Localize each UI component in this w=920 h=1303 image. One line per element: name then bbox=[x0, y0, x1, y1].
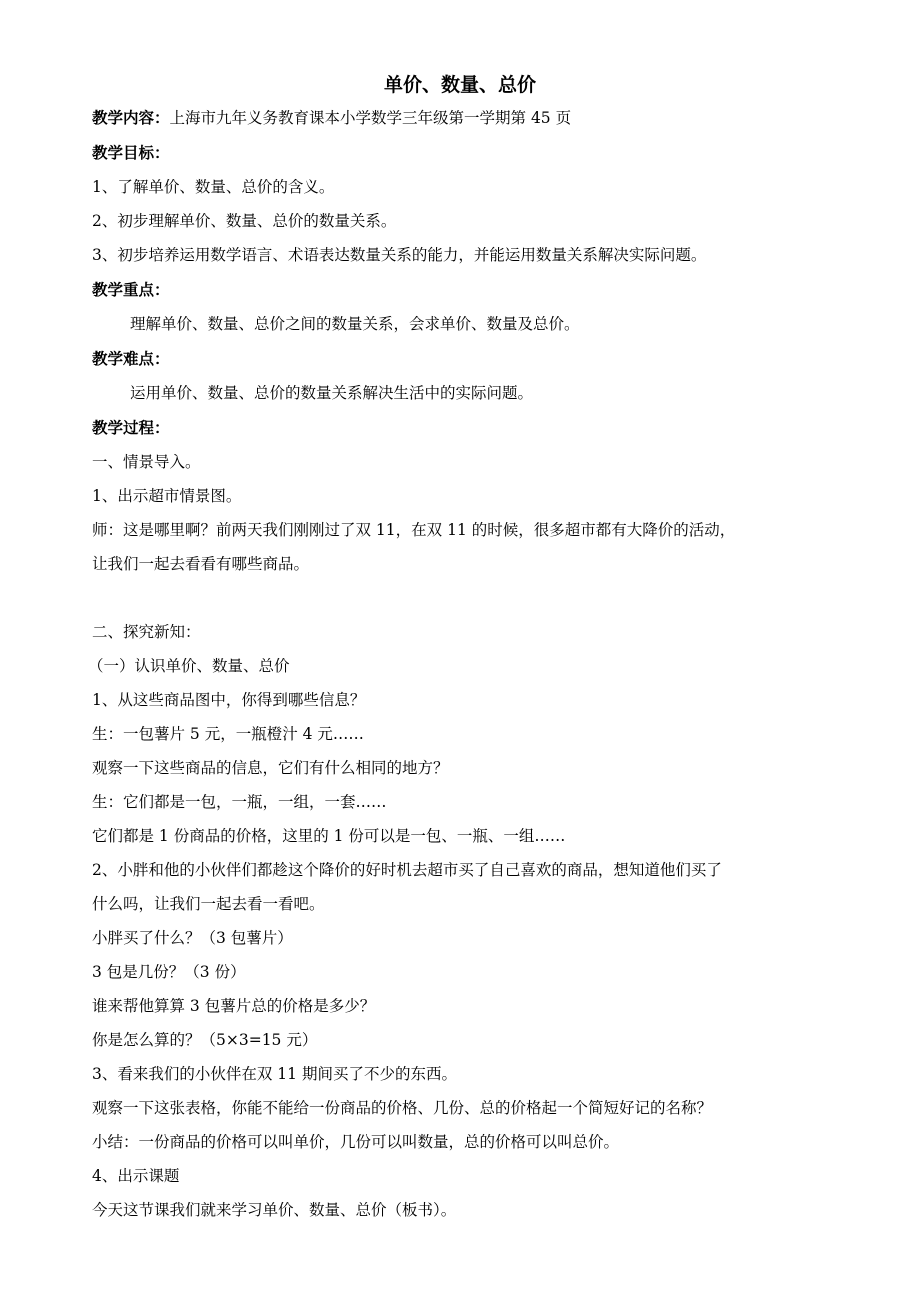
section1-line: 1、出示超市情景图。 bbox=[92, 486, 241, 506]
difficulty-text: 运用单价、数量、总价的数量关系解决生活中的实际问题。 bbox=[130, 383, 533, 403]
teaching-content: 教学内容：上海市九年义务教育课本小学数学三年级第一学期第 45 页 bbox=[92, 108, 571, 128]
section2-line: 1、从这些商品图中，你得到哪些信息？ bbox=[92, 690, 365, 710]
section1-line: 让我们一起去看看有哪些商品。 bbox=[92, 554, 309, 574]
section2-line: 它们都是 1 份商品的价格，这里的 1 份可以是一包、一瓶、一组…… bbox=[92, 826, 565, 846]
section2-line: 小结：一份商品的价格可以叫单价，几份可以叫数量，总的价格可以叫总价。 bbox=[92, 1132, 619, 1152]
section1-line: 师：这是哪里啊？前两天我们刚刚过了双 11，在双 11 的时候，很多超市都有大降… bbox=[92, 520, 735, 540]
process-heading: 教学过程： bbox=[92, 418, 170, 438]
section2-line: 你是怎么算的？（5×3=15 元） bbox=[92, 1030, 317, 1050]
section2-line: 什么吗，让我们一起去看一看吧。 bbox=[92, 894, 325, 914]
section2-line: 4、出示课题 bbox=[92, 1166, 179, 1186]
section2-line: 3 包是几份？（3 份） bbox=[92, 962, 246, 982]
section2-heading: 二、探究新知： bbox=[92, 622, 201, 642]
objective-item: 2、初步理解单价、数量、总价的数量关系。 bbox=[92, 211, 396, 231]
section2-line: 生：一包薯片 5 元，一瓶橙汁 4 元…… bbox=[92, 724, 364, 744]
section2-line: 谁来帮他算算 3 包薯片总的价格是多少？ bbox=[92, 996, 375, 1016]
section2-line: 3、看来我们的小伙伴在双 11 期间买了不少的东西。 bbox=[92, 1064, 457, 1084]
section2-subheading: （一）认识单价、数量、总价 bbox=[88, 656, 290, 676]
section2-line: 生：它们都是一包，一瓶，一组，一套…… bbox=[92, 792, 387, 812]
document-title: 单价、数量、总价 bbox=[0, 70, 920, 97]
content-text: 上海市九年义务教育课本小学数学三年级第一学期第 45 页 bbox=[170, 109, 572, 127]
section2-line: 今天这节课我们就来学习单价、数量、总价（板书）。 bbox=[92, 1200, 456, 1220]
content-label: 教学内容： bbox=[92, 109, 170, 127]
section2-line: 观察一下这些商品的信息，它们有什么相同的地方？ bbox=[92, 758, 449, 778]
section2-line: 观察一下这张表格，你能不能给一份商品的价格、几份、总的价格起一个简短好记的名称？ bbox=[92, 1098, 712, 1118]
document-page: 单价、数量、总价 教学内容：上海市九年义务教育课本小学数学三年级第一学期第 45… bbox=[0, 0, 920, 1303]
section2-line: 2、小胖和他的小伙伴们都趁这个降价的好时机去超市买了自己喜欢的商品，想知道他们买… bbox=[92, 860, 722, 880]
key-point-text: 理解单价、数量、总价之间的数量关系，会求单价、数量及总价。 bbox=[130, 314, 580, 334]
key-point-heading: 教学重点： bbox=[92, 280, 170, 300]
difficulty-heading: 教学难点： bbox=[92, 349, 170, 369]
objective-item: 1、了解单价、数量、总价的含义。 bbox=[92, 177, 334, 197]
objective-item: 3、初步培养运用数学语言、术语表达数量关系的能力，并能运用数量关系解决实际问题。 bbox=[92, 245, 706, 265]
section1-heading: 一、情景导入。 bbox=[92, 452, 201, 472]
objectives-heading: 教学目标： bbox=[92, 143, 170, 163]
section2-line: 小胖买了什么？（3 包薯片） bbox=[92, 928, 293, 948]
